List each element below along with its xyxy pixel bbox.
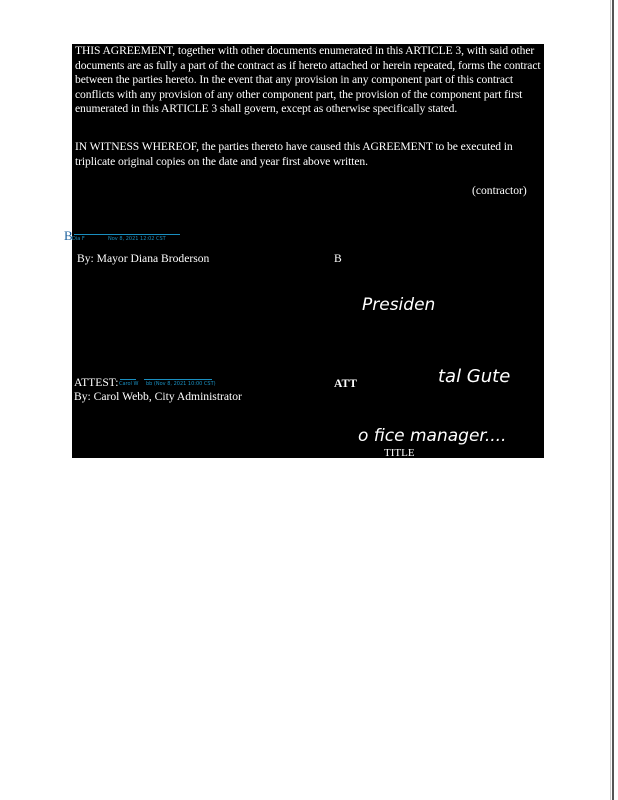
esign-timestamp-small: Nov 8, 2021 12:02 CST xyxy=(108,236,166,242)
handwritten-title-office-manager: o fice manager.... xyxy=(358,426,506,446)
esign-name-small: Dia F xyxy=(72,236,85,242)
attest-right-label: ATT xyxy=(334,376,357,391)
witness-paragraph: IN WITNESS WHEREOF, the parties thereto … xyxy=(75,140,545,169)
attest-esign-timestamp-small: bb (Nov 8, 2021 10:00 CST) xyxy=(146,381,216,387)
handwritten-signature: tal Gute xyxy=(438,366,510,387)
page-edge xyxy=(612,0,614,800)
page-edge-shadow xyxy=(610,0,611,800)
title-label: TITLE xyxy=(384,446,415,461)
agreement-paragraph: THIS AGREEMENT, together with other docu… xyxy=(75,44,545,117)
attest-esign-name-small: Carol W xyxy=(119,381,138,387)
mayor-by-line: By: Mayor Diana Broderson xyxy=(77,251,209,266)
signature-line xyxy=(74,234,180,235)
attest-line-1 xyxy=(120,379,136,380)
city-admin-by-line: By: Carol Webb, City Administrator xyxy=(74,389,242,404)
right-by-label: B xyxy=(334,251,342,266)
contractor-label: (contractor) xyxy=(472,183,527,198)
handwritten-title-president: Presiden xyxy=(362,295,435,315)
attest-label: ATTEST: xyxy=(74,375,119,390)
attest-line-2 xyxy=(144,379,212,380)
